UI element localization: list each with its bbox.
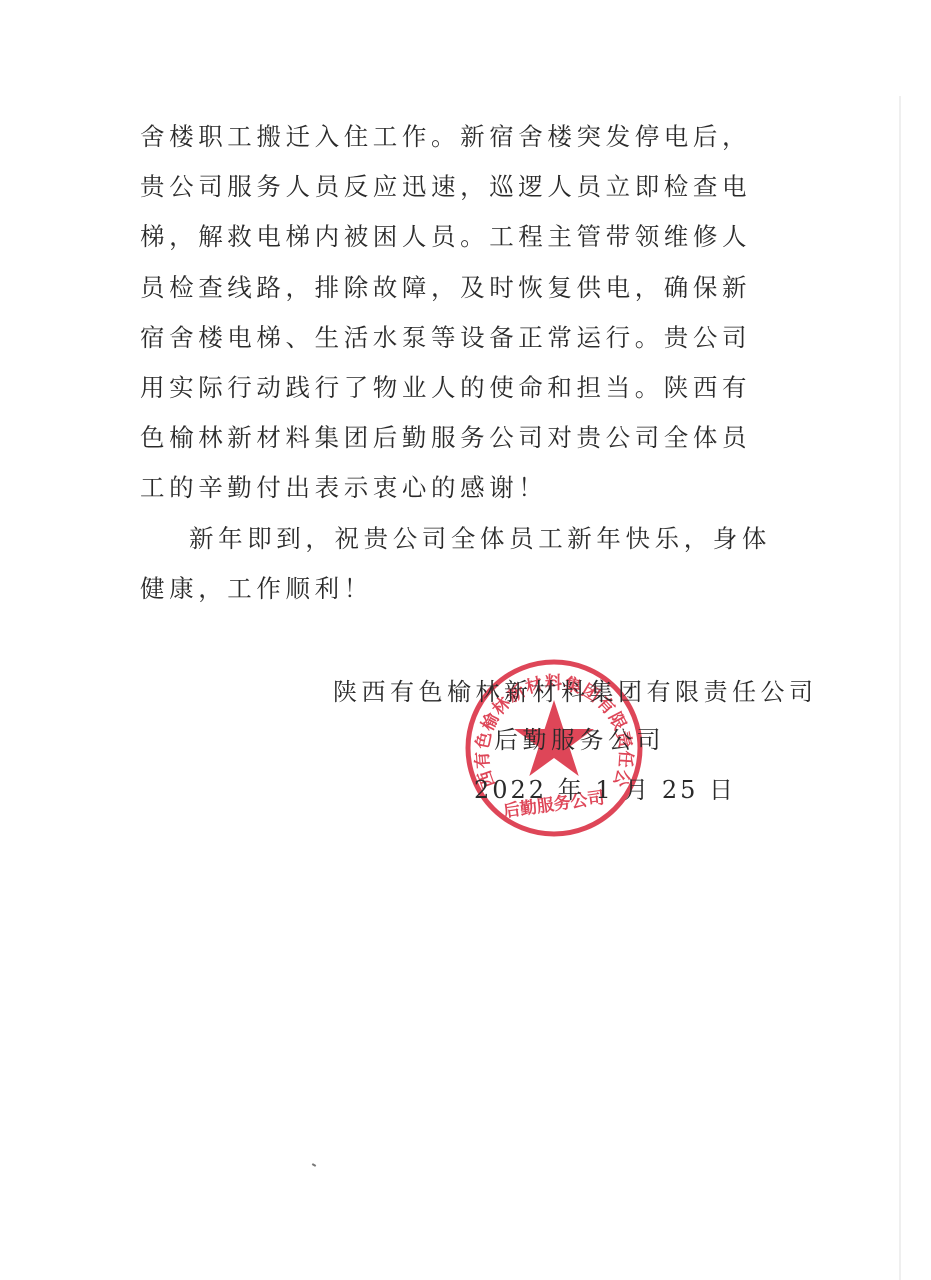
- letter-body: 舍楼职工搬迁入住工作。新宿舍楼突发停电后，贵公司服务人员反应迅速，巡逻人员立即检…: [140, 112, 780, 614]
- paragraph-new-year-wishes: 新年即到，祝贵公司全体员工新年快乐，身体健康，工作顺利！: [140, 514, 780, 614]
- scan-speck: [312, 1163, 316, 1167]
- page-edge-divider: [899, 96, 901, 1280]
- signature-organization: 陕西有色榆林新材料集团有限责任公司: [333, 672, 818, 707]
- paragraph-thanks: 舍楼职工搬迁入住工作。新宿舍楼突发停电后，贵公司服务人员反应迅速，巡逻人员立即检…: [140, 112, 780, 514]
- signature-department: 后勤服务公司: [494, 720, 665, 755]
- signature-date: 2022 年 1 月 25 日: [474, 770, 736, 805]
